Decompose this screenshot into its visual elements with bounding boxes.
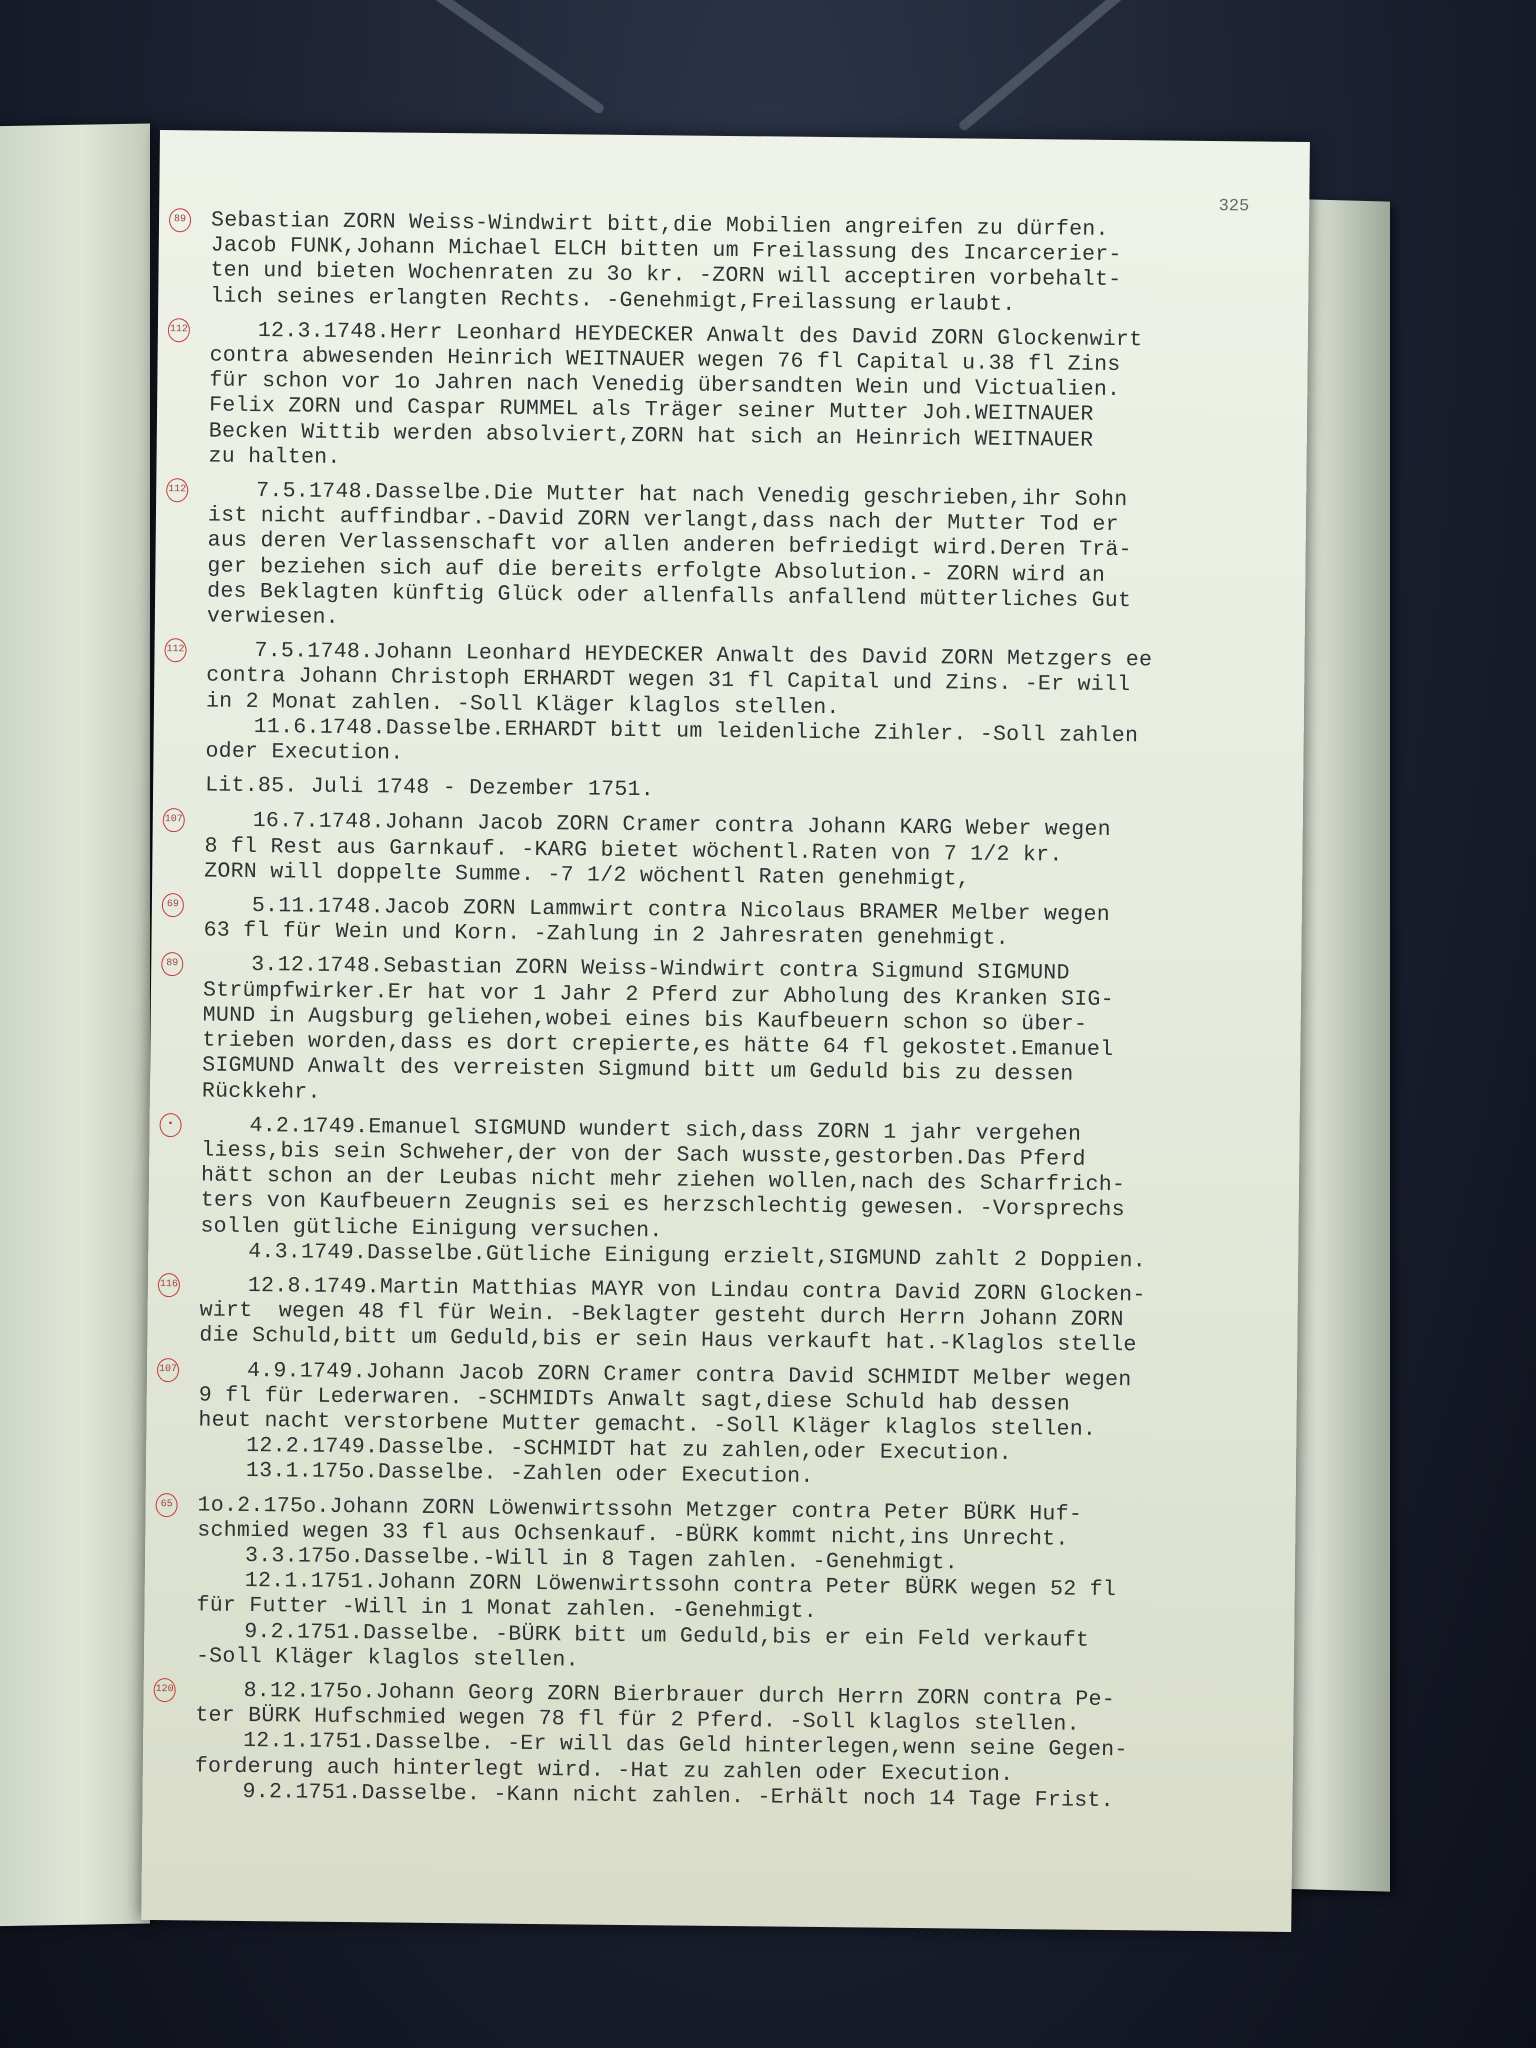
page-number: 325 [1219,197,1250,216]
margin-reference-mark: 116 [158,1273,180,1297]
margin-reference-mark: • [159,1113,181,1137]
margin-reference-mark: 89 [169,208,191,232]
carpet-pattern [354,0,605,115]
ledger-entry: 1074.9.1749.Johann Jacob ZORN Cramer con… [198,1358,1267,1495]
ledger-entry: 1127.5.1748.Johann Leonhard HEYDECKER An… [205,639,1274,776]
carpet-pattern [957,0,1163,132]
ledger-entry: 1208.12.175o.Johann Georg ZORN Bierbraue… [194,1678,1263,1815]
ledger-entry: 10716.7.1748.Johann Jacob ZORN Cramer co… [204,809,1273,896]
margin-reference-mark: 112 [166,478,188,502]
margin-reference-mark: 112 [164,638,186,662]
margin-reference-mark: 112 [168,318,190,342]
margin-reference-mark: 107 [163,809,185,833]
margin-reference-mark: 65 [155,1493,177,1517]
document-page: 325 89Sebastian ZORN Weiss-Windwirt bitt… [141,130,1310,1932]
margin-reference-mark: 69 [162,893,184,917]
ledger-entry: 651o.2.175o.Johann ZORN Löwenwirtssohn M… [196,1493,1266,1681]
ledger-entry: •4.2.1749.Emanuel SIGMUND wundert sich,d… [200,1113,1270,1275]
margin-reference-mark: 120 [154,1678,176,1702]
ledger-entry: 695.11.1748.Jacob ZORN Lammwirt contra N… [203,894,1271,956]
ledger-entry: 11612.8.1749.Martin Matthias MAYR von Li… [199,1273,1268,1360]
margin-reference-mark: 107 [157,1358,179,1382]
ledger-entry: 1127.5.1748.Dasselbe.Die Mutter hat nach… [207,479,1277,641]
ledger-entry: 11212.3.1748.Herr Leonhard HEYDECKER Anw… [208,318,1278,480]
left-facing-page [0,124,150,1927]
page-body: 89Sebastian ZORN Weiss-Windwirt bitt,die… [194,209,1279,1825]
margin-reference-mark: 89 [161,953,183,977]
section-heading: Lit.85. Juli 1748 - Dezember 1751. [205,774,1273,810]
ledger-entry: 893.12.1748.Sebastian ZORN Weiss-Windwir… [202,953,1272,1115]
ledger-entry: 89Sebastian ZORN Weiss-Windwirt bitt,die… [210,209,1279,321]
